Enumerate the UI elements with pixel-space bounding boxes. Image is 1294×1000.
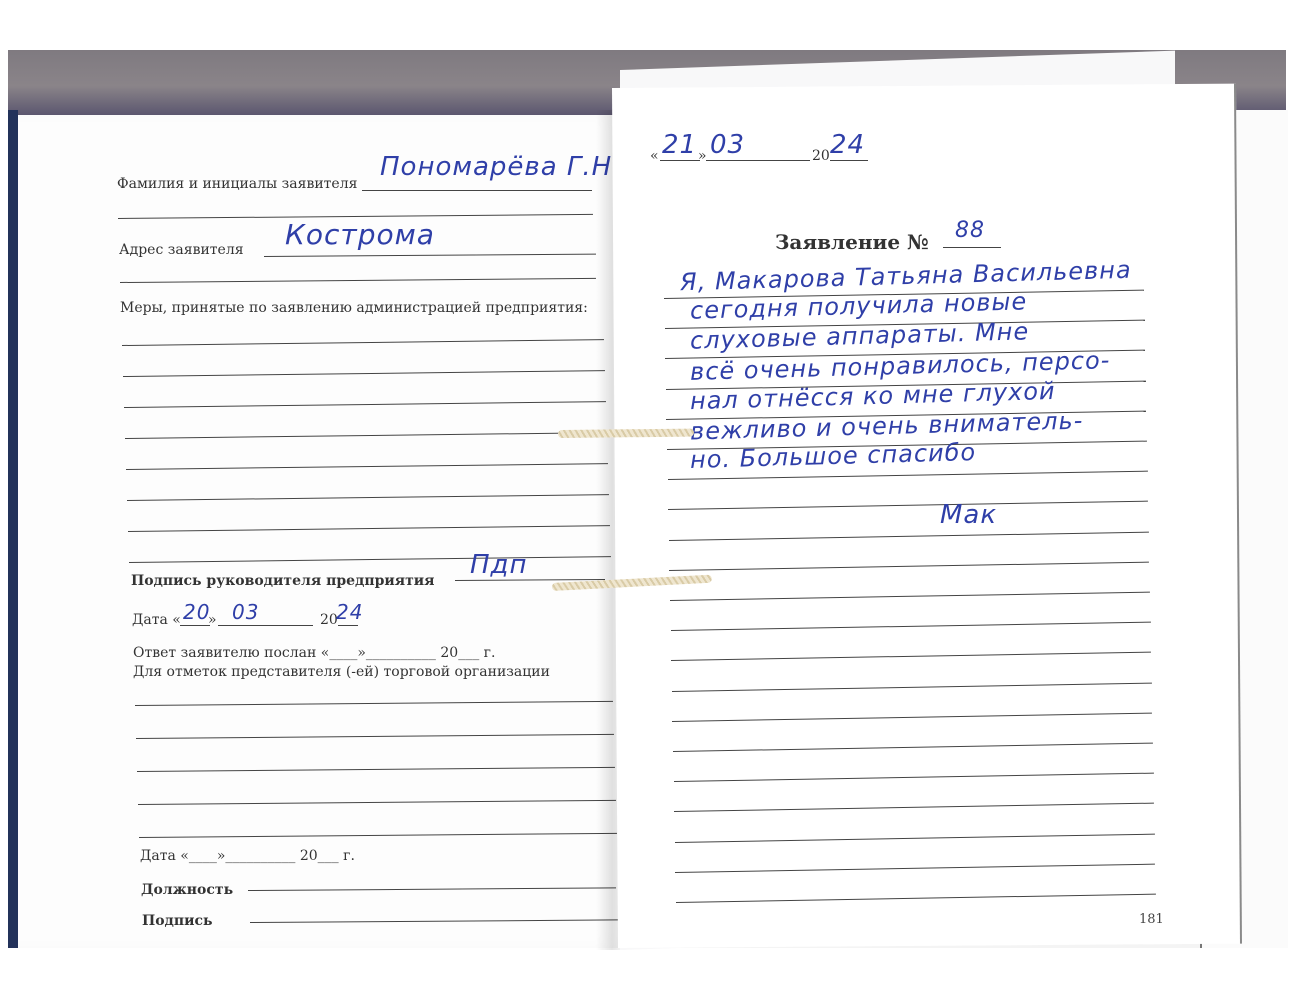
right-date-month: 03 [710, 130, 745, 160]
address-value: Кострома [285, 218, 435, 251]
date-month-line [218, 625, 313, 626]
right-page [612, 84, 1242, 948]
date-year-line [338, 625, 358, 626]
page-number: 181 [1139, 912, 1164, 927]
position-label: Должность [141, 882, 233, 898]
applicant-signature: Мак [940, 500, 997, 530]
statement-title: Заявление № [775, 230, 929, 254]
statement-number-line [943, 247, 1001, 248]
decision-date-label: Дата « [132, 612, 181, 628]
signature-label: Подпись [142, 913, 213, 929]
binding-string-top [558, 429, 694, 438]
reply-sent-label: Ответ заявителю послан «____»__________ … [133, 645, 495, 661]
decision-date-day: 20 [183, 600, 210, 624]
manager-signature-value: Пдп [470, 550, 528, 580]
right-date-month-line [706, 160, 810, 161]
decision-date-month: 03 [232, 600, 259, 624]
right-date-quote-open: « [650, 148, 659, 164]
address-label: Адрес заявителя [119, 242, 244, 258]
applicant-name-line [362, 190, 592, 191]
statement-number: 88 [955, 218, 985, 243]
book-cover-edge [8, 110, 18, 948]
right-date-year-prefix: 20 [812, 148, 830, 164]
date-day-line [180, 625, 210, 626]
decision-date-year: 24 [336, 600, 363, 624]
applicant-name-value: Пономарёва Г.Н [380, 152, 612, 182]
right-date-year: 24 [830, 130, 865, 160]
date-quote-close: » [208, 612, 217, 628]
right-date-quote-close: » [698, 148, 707, 164]
rep-notes-label: Для отметок представителя (-ей) торговой… [133, 664, 550, 680]
bottom-date-label: Дата «____»__________ 20___ г. [140, 848, 355, 864]
right-date-day: 21 [662, 130, 697, 160]
right-date-day-line [660, 160, 700, 161]
right-date-year-line [830, 160, 868, 161]
date-prefix: Дата « [132, 612, 181, 628]
applicant-name-label: Фамилия и инициалы заявителя [117, 176, 357, 192]
measures-label: Меры, принятые по заявлению администраци… [120, 300, 588, 316]
manager-signature-label: Подпись руководителя предприятия [131, 573, 435, 589]
